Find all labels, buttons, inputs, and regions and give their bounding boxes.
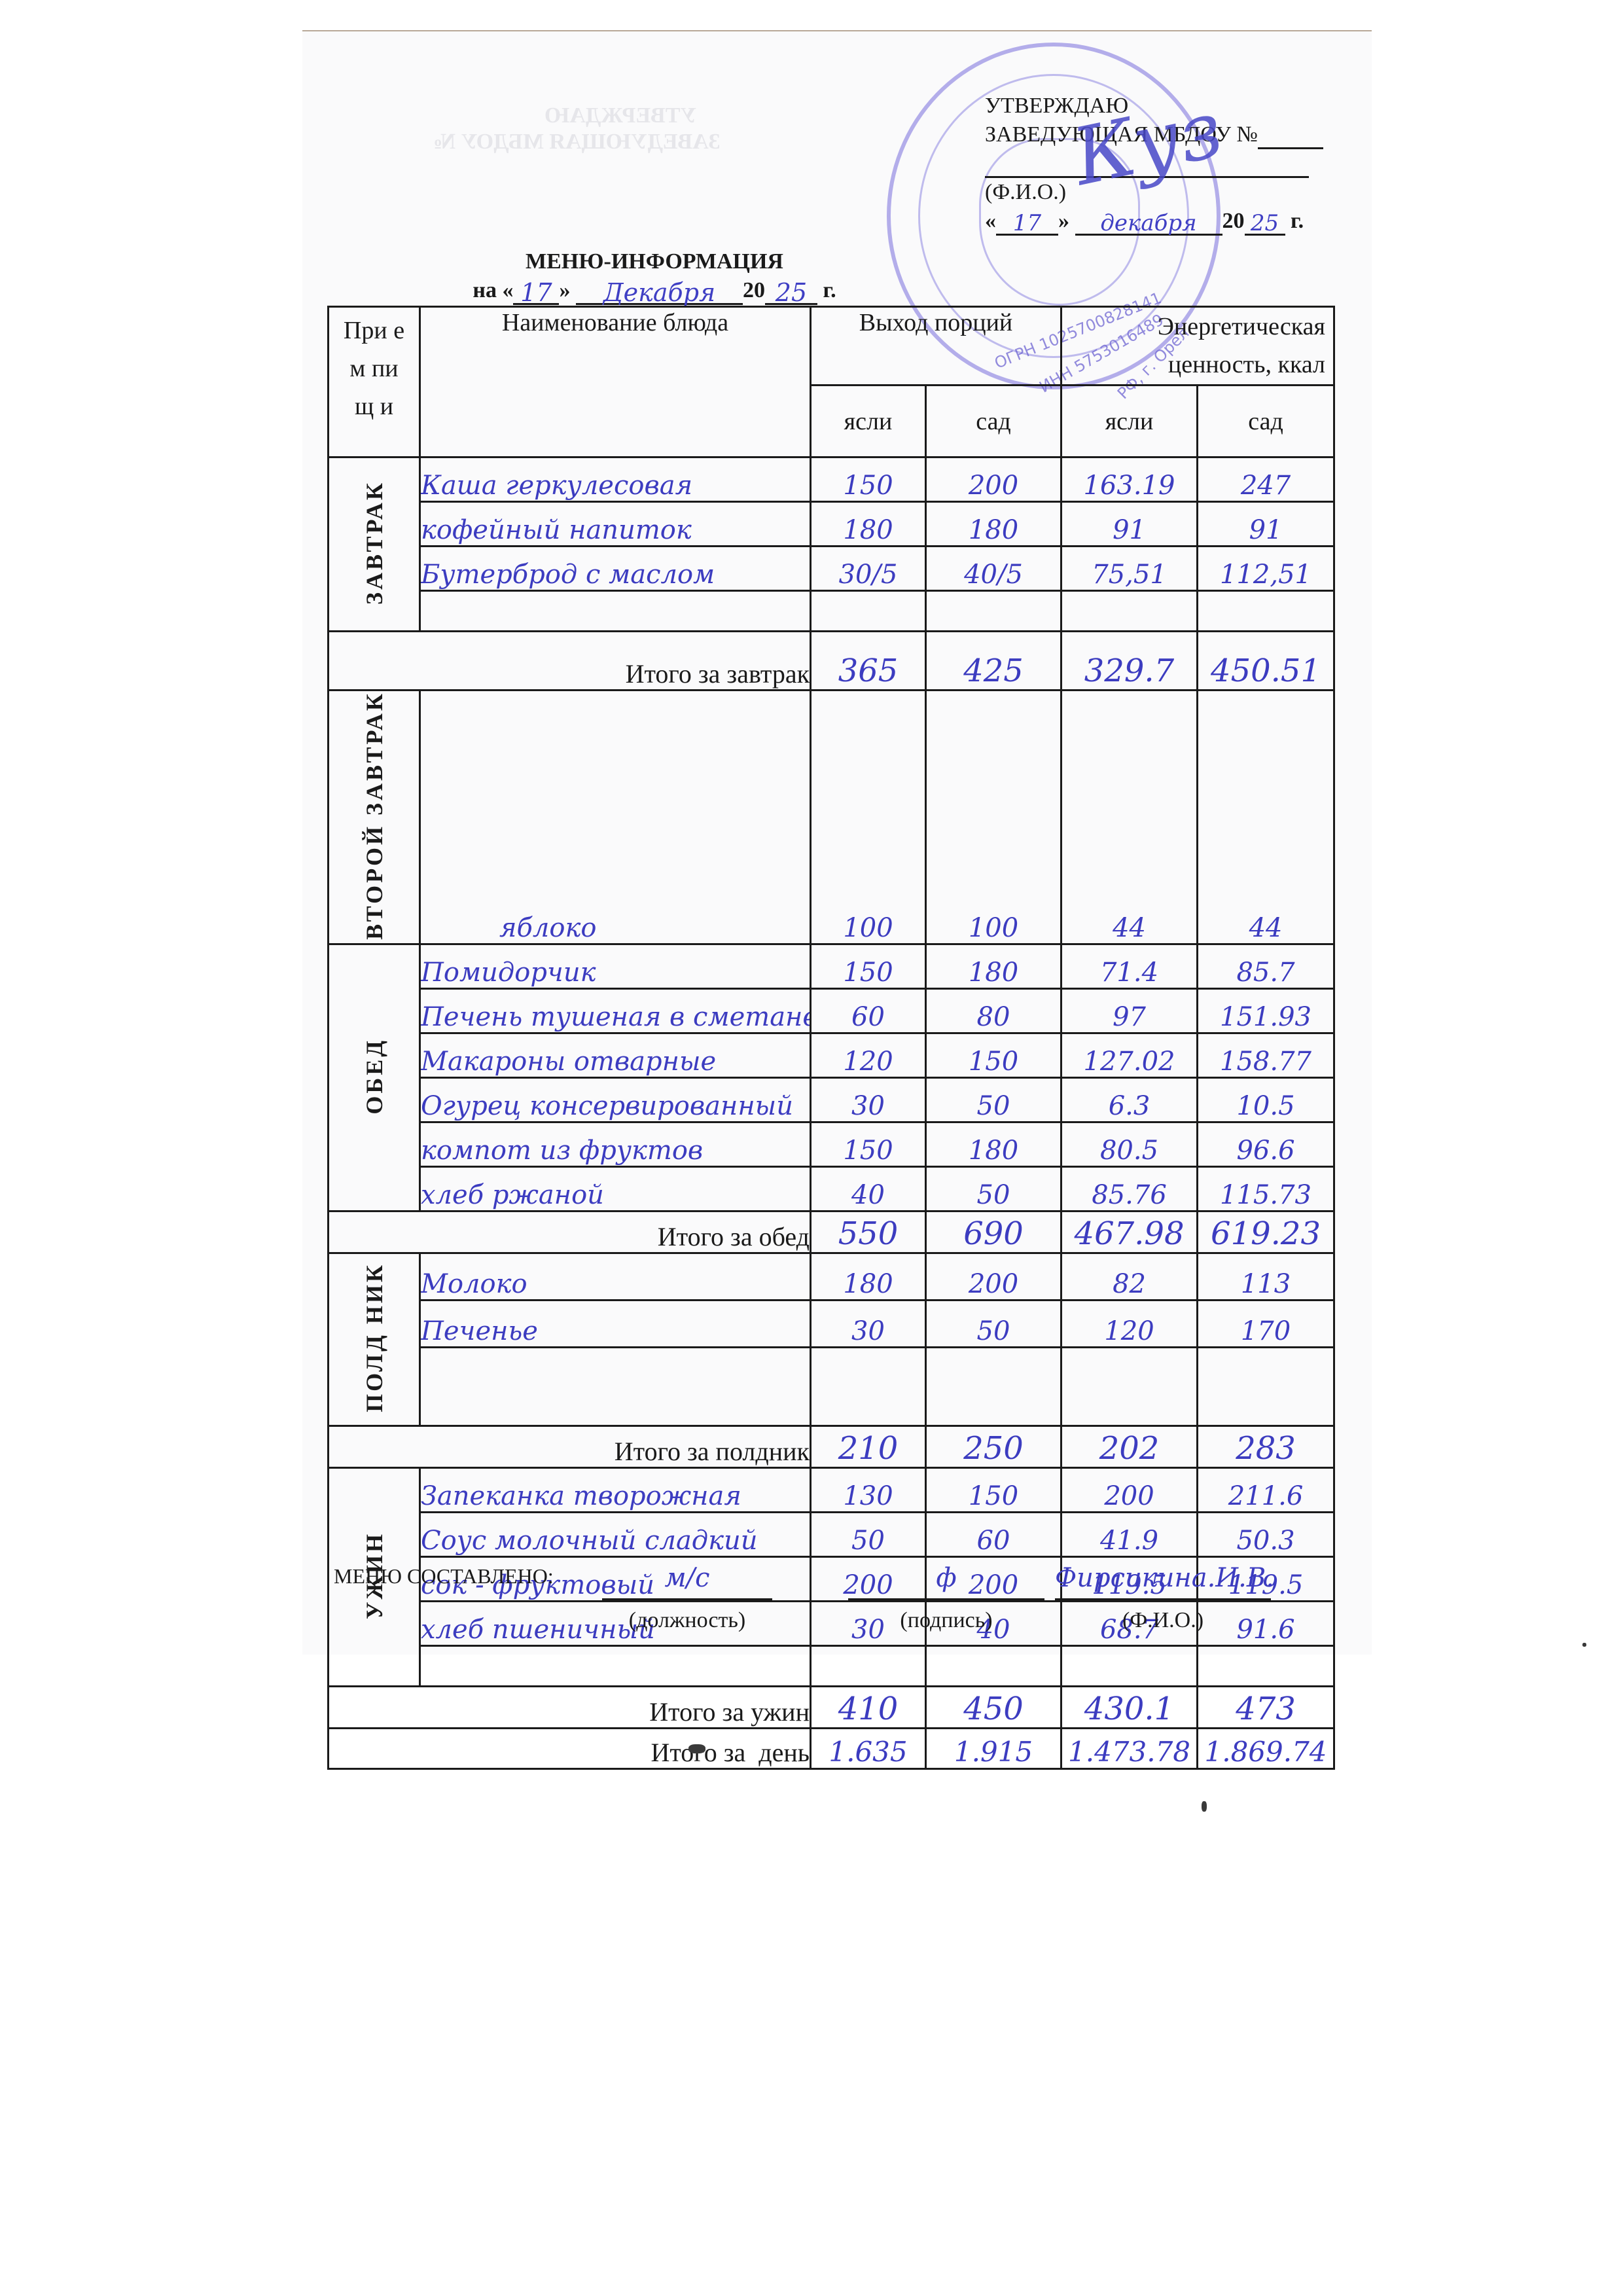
header-energy-sad: сад: [1198, 386, 1334, 457]
dish-name[interactable]: Молоко: [420, 1253, 811, 1300]
cell-portion-yasli[interactable]: 30/5: [811, 547, 926, 591]
dish-name[interactable]: хлеб ржаной: [420, 1166, 811, 1211]
header-portion: Выход порций: [811, 307, 1061, 386]
cell-kcal-yasli[interactable]: 120: [1061, 1300, 1198, 1347]
table-row: ПОЛД НИКМолоко18020082113: [329, 1253, 1334, 1300]
table-row: Огурец консервированный30506.310.5: [329, 1077, 1334, 1122]
header-portion-yasli: ясли: [811, 386, 926, 457]
table-row: Печень тушеная в сметане608097151.93: [329, 988, 1334, 1033]
cell-portion-yasli[interactable]: 130: [811, 1467, 926, 1512]
cell-kcal-sad[interactable]: [1198, 1645, 1334, 1686]
cell-portion-yasli[interactable]: 180: [811, 1253, 926, 1300]
cell-kcal-sad[interactable]: 151.93: [1198, 988, 1334, 1033]
cell-kcal-yasli[interactable]: 91: [1061, 502, 1198, 547]
cell-kcal-yasli[interactable]: 85.76: [1061, 1166, 1198, 1211]
header-energy-yasli: ясли: [1061, 386, 1198, 457]
dish-name[interactable]: Бутерброд с маслом: [420, 547, 811, 591]
table-row: ВТОРОЙ ЗАВТРАКяблоко1001004444: [329, 691, 1334, 944]
cell-kcal-sad[interactable]: 96.6: [1198, 1122, 1334, 1166]
total-portion-yasli[interactable]: 365: [811, 632, 926, 691]
cell-kcal-yasli[interactable]: [1061, 591, 1198, 632]
cell-portion-sad[interactable]: 50: [926, 1166, 1061, 1211]
day-total-kcal-sad[interactable]: 1.869.74: [1198, 1728, 1334, 1768]
cell-portion-sad[interactable]: 50: [926, 1300, 1061, 1347]
cell-kcal-yasli[interactable]: 41.9: [1061, 1512, 1198, 1556]
header-dish: Наименование блюда: [420, 307, 811, 457]
approval-year-field[interactable]: 25: [1245, 209, 1285, 236]
cell-portion-sad[interactable]: 200: [926, 1253, 1061, 1300]
cell-kcal-yasli[interactable]: 80.5: [1061, 1122, 1198, 1166]
menu-year-unit: г.: [823, 278, 836, 302]
mbdou-number-field[interactable]: [1258, 122, 1323, 149]
meal-label: ЗАВТРАК: [329, 457, 420, 632]
cell-kcal-yasli[interactable]: 97: [1061, 988, 1198, 1033]
table-row: Печенье3050120170: [329, 1300, 1334, 1347]
cell-kcal-sad[interactable]: 50.3: [1198, 1512, 1334, 1556]
cell-kcal-sad[interactable]: 170: [1198, 1300, 1334, 1347]
quote-close: »: [1058, 209, 1069, 233]
total-portion-yasli[interactable]: 410: [811, 1686, 926, 1728]
meal-total-label: Итого за обед: [329, 1211, 811, 1253]
menu-month-field[interactable]: Декабря: [576, 278, 743, 305]
cell-kcal-sad[interactable]: 85.7: [1198, 944, 1334, 988]
dish-name[interactable]: Макароны отварные: [420, 1033, 811, 1077]
menu-year-field[interactable]: 25: [765, 278, 817, 305]
menu-year-prefix: 20: [743, 278, 765, 302]
cell-portion-sad[interactable]: 180: [926, 1122, 1061, 1166]
cell-kcal-sad[interactable]: [1198, 591, 1334, 632]
menu-compiled-label: МЕНЮ СОСТАВЛЕНО:: [334, 1564, 554, 1588]
cell-portion-yasli[interactable]: 30: [811, 1077, 926, 1122]
header-energy: Энергетическая ценность, ккал: [1061, 307, 1334, 386]
table-row: Соус молочный сладкий506041.950.3: [329, 1512, 1334, 1556]
total-kcal-sad[interactable]: 619.23: [1198, 1211, 1334, 1253]
dish-name[interactable]: Помидорчик: [420, 944, 811, 988]
cell-portion-yasli[interactable]: 150: [811, 944, 926, 988]
approval-day-field[interactable]: 17: [996, 209, 1058, 236]
day-total-portion-sad[interactable]: 1.915: [926, 1728, 1061, 1768]
meal-label: ПОЛД НИК: [329, 1253, 420, 1426]
dish-name[interactable]: Печенье: [420, 1300, 811, 1347]
day-total-kcal-yasli[interactable]: 1.473.78: [1061, 1728, 1198, 1768]
cell-kcal-sad[interactable]: 113: [1198, 1253, 1334, 1300]
cell-kcal-yasli[interactable]: 6.3: [1061, 1077, 1198, 1122]
cell-portion-yasli[interactable]: [811, 591, 926, 632]
scan-dust: [1582, 1643, 1586, 1647]
date-close: »: [559, 278, 570, 302]
meal-name: ОБЕД: [360, 1038, 389, 1115]
compiler-position-field[interactable]: м/с: [602, 1558, 772, 1600]
cell-portion-yasli[interactable]: [811, 1645, 926, 1686]
total-kcal-sad[interactable]: 473: [1198, 1686, 1334, 1728]
compiler-position: м/с (должность): [602, 1558, 772, 1633]
total-portion-sad[interactable]: 690: [926, 1211, 1061, 1253]
cell-portion-yasli[interactable]: 40: [811, 1166, 926, 1211]
meal-total-row: Итого за ужин410450430.1473: [329, 1686, 1334, 1728]
meal-total-row: Итого за обед550690467.98619.23: [329, 1211, 1334, 1253]
cell-kcal-sad[interactable]: 115.73: [1198, 1166, 1334, 1211]
compiler-signature: ф (подпись): [848, 1558, 1044, 1633]
cell-portion-yasli[interactable]: 180: [811, 502, 926, 547]
table-row: [329, 591, 1334, 632]
cell-kcal-sad[interactable]: 247: [1198, 457, 1334, 502]
cell-portion-yasli[interactable]: 30: [811, 1300, 926, 1347]
compiler-name: Фирсикина.И.В. (Ф.И.О.): [1055, 1558, 1271, 1633]
cell-kcal-yasli[interactable]: 71.4: [1061, 944, 1198, 988]
cell-portion-yasli[interactable]: [811, 1347, 926, 1426]
cell-kcal-yasli[interactable]: [1061, 1645, 1198, 1686]
header-portion-sad: сад: [926, 386, 1061, 457]
menu-day-field[interactable]: 17: [513, 278, 559, 305]
cell-kcal-yasli[interactable]: 127.02: [1061, 1033, 1198, 1077]
cell-portion-yasli[interactable]: 150: [811, 457, 926, 502]
total-kcal-yasli[interactable]: 329.7: [1061, 632, 1198, 691]
cell-portion-sad[interactable]: 100: [926, 691, 1061, 944]
table-row: компот из фруктов15018080.596.6: [329, 1122, 1334, 1166]
meal-name: ПОЛД НИК: [360, 1263, 389, 1412]
table-row: Бутерброд с маслом30/540/575,51112,51: [329, 547, 1334, 591]
meal-label: ОБЕД: [329, 944, 420, 1211]
bleed-through-text: УТВЕРЖДАЮ: [544, 103, 696, 128]
cell-kcal-yasli[interactable]: 163.19: [1061, 457, 1198, 502]
dish-name[interactable]: яблоко: [420, 691, 811, 944]
year-unit: г.: [1291, 209, 1304, 233]
meal-name: ЗАВТРАК: [360, 480, 389, 605]
meal-total-row: Итого за полдник210250202283: [329, 1426, 1334, 1467]
cell-kcal-sad[interactable]: 91: [1198, 502, 1334, 547]
cell-portion-sad[interactable]: 180: [926, 502, 1061, 547]
dish-name[interactable]: компот из фруктов: [420, 1122, 811, 1166]
cell-portion-sad[interactable]: 150: [926, 1467, 1061, 1512]
dish-name[interactable]: Печень тушеная в сметане: [420, 988, 811, 1033]
cell-kcal-sad[interactable]: 112,51: [1198, 547, 1334, 591]
cell-portion-sad[interactable]: [926, 1645, 1061, 1686]
total-kcal-yasli[interactable]: 202: [1061, 1426, 1198, 1467]
cell-kcal-sad[interactable]: 44: [1198, 691, 1334, 944]
cell-portion-yasli[interactable]: 50: [811, 1512, 926, 1556]
cell-kcal-yasli[interactable]: 44: [1061, 691, 1198, 944]
compiler-name-field[interactable]: Фирсикина.И.В.: [1055, 1558, 1271, 1600]
cell-portion-sad[interactable]: [926, 591, 1061, 632]
meal-name: ВТОРОЙ ЗАВТРАК: [360, 691, 389, 940]
total-portion-sad[interactable]: 425: [926, 632, 1061, 691]
document-title-block: МЕНЮ-ИНФОРМАЦИЯ на «17» Декабря2025 г.: [419, 247, 890, 305]
cell-kcal-sad[interactable]: [1198, 1347, 1334, 1426]
cell-portion-yasli[interactable]: 150: [811, 1122, 926, 1166]
cell-portion-sad[interactable]: 200: [926, 457, 1061, 502]
meal-total-row: Итого за завтрак365425329.7450.51: [329, 632, 1334, 691]
compiler-name-caption: (Ф.И.О.): [1055, 1608, 1271, 1633]
cell-portion-yasli[interactable]: 120: [811, 1033, 926, 1077]
meal-label: ВТОРОЙ ЗАВТРАК: [329, 691, 420, 944]
day-total-label: Итого за день: [329, 1728, 811, 1768]
total-portion-yasli[interactable]: 550: [811, 1211, 926, 1253]
cell-kcal-sad[interactable]: 10.5: [1198, 1077, 1334, 1122]
dish-name[interactable]: Огурец консервированный: [420, 1077, 811, 1122]
cell-kcal-sad[interactable]: 158.77: [1198, 1033, 1334, 1077]
menu-table: При ем пищ и Наименование блюда Выход по…: [327, 306, 1335, 1770]
dish-name[interactable]: [420, 591, 811, 632]
cell-portion-yasli[interactable]: 60: [811, 988, 926, 1033]
total-portion-sad[interactable]: 450: [926, 1686, 1061, 1728]
year-prefix: 20: [1222, 209, 1245, 233]
cell-kcal-yasli[interactable]: [1061, 1347, 1198, 1426]
scan-dust: [1202, 1801, 1207, 1812]
cell-portion-sad[interactable]: [926, 1347, 1061, 1426]
table-row: УЖИНЗапеканка творожная130150200211.6: [329, 1467, 1334, 1512]
total-kcal-sad[interactable]: 450.51: [1198, 632, 1334, 691]
cell-kcal-yasli[interactable]: 82: [1061, 1253, 1198, 1300]
dish-name[interactable]: Запеканка творожная: [420, 1467, 811, 1512]
dish-name[interactable]: кофейный напиток: [420, 502, 811, 547]
total-kcal-yasli[interactable]: 430.1: [1061, 1686, 1198, 1728]
total-portion-yasli[interactable]: 210: [811, 1426, 926, 1467]
cell-kcal-yasli[interactable]: 200: [1061, 1467, 1198, 1512]
day-total-row: Итого за день1.6351.9151.473.781.869.74: [329, 1728, 1334, 1768]
compiler-position-caption: (должность): [602, 1608, 772, 1633]
cell-portion-yasli[interactable]: 100: [811, 691, 926, 944]
header-meal: При ем пищ и: [329, 307, 420, 457]
total-portion-sad[interactable]: 250: [926, 1426, 1061, 1467]
quote-open: «: [985, 209, 996, 233]
dish-name[interactable]: Соус молочный сладкий: [420, 1512, 811, 1556]
date-prefix: на «: [473, 278, 513, 302]
day-total-portion-yasli[interactable]: 1.635: [811, 1728, 926, 1768]
cell-portion-sad[interactable]: 60: [926, 1512, 1061, 1556]
table-row: кофейный напиток1801809191: [329, 502, 1334, 547]
cell-portion-sad[interactable]: 50: [926, 1077, 1061, 1122]
table-row: хлеб ржаной405085.76115.73: [329, 1166, 1334, 1211]
dish-name[interactable]: [420, 1347, 811, 1426]
table-row: [329, 1645, 1334, 1686]
cell-kcal-yasli[interactable]: 75,51: [1061, 547, 1198, 591]
approval-month-field[interactable]: декабря: [1075, 209, 1222, 236]
table-row: ЗАВТРАККаша геркулесовая150200163.19247: [329, 457, 1334, 502]
dish-name[interactable]: [420, 1645, 811, 1686]
table-row: Макароны отварные120150127.02158.77: [329, 1033, 1334, 1077]
meal-total-label: Итого за полдник: [329, 1426, 811, 1467]
document-title: МЕНЮ-ИНФОРМАЦИЯ: [419, 247, 890, 276]
total-kcal-yasli[interactable]: 467.98: [1061, 1211, 1198, 1253]
meal-total-label: Итого за завтрак: [329, 632, 811, 691]
cell-portion-sad[interactable]: 150: [926, 1033, 1061, 1077]
bleed-through-text: ЗАВЕДУЮЩАЯ МБДОУ №: [433, 130, 721, 154]
cell-portion-sad[interactable]: 40/5: [926, 547, 1061, 591]
cell-portion-sad[interactable]: 80: [926, 988, 1061, 1033]
scan-dust: [688, 1744, 705, 1753]
cell-portion-sad[interactable]: 180: [926, 944, 1061, 988]
table-row: [329, 1347, 1334, 1426]
meal-total-label: Итого за ужин: [329, 1686, 811, 1728]
cell-kcal-sad[interactable]: 211.6: [1198, 1467, 1334, 1512]
total-kcal-sad[interactable]: 283: [1198, 1426, 1334, 1467]
compiler-signature-field[interactable]: ф: [848, 1558, 1044, 1600]
dish-name[interactable]: Каша геркулесовая: [420, 457, 811, 502]
compiler-signature-caption: (подпись): [848, 1608, 1044, 1633]
table-row: ОБЕДПомидорчик15018071.485.7: [329, 944, 1334, 988]
